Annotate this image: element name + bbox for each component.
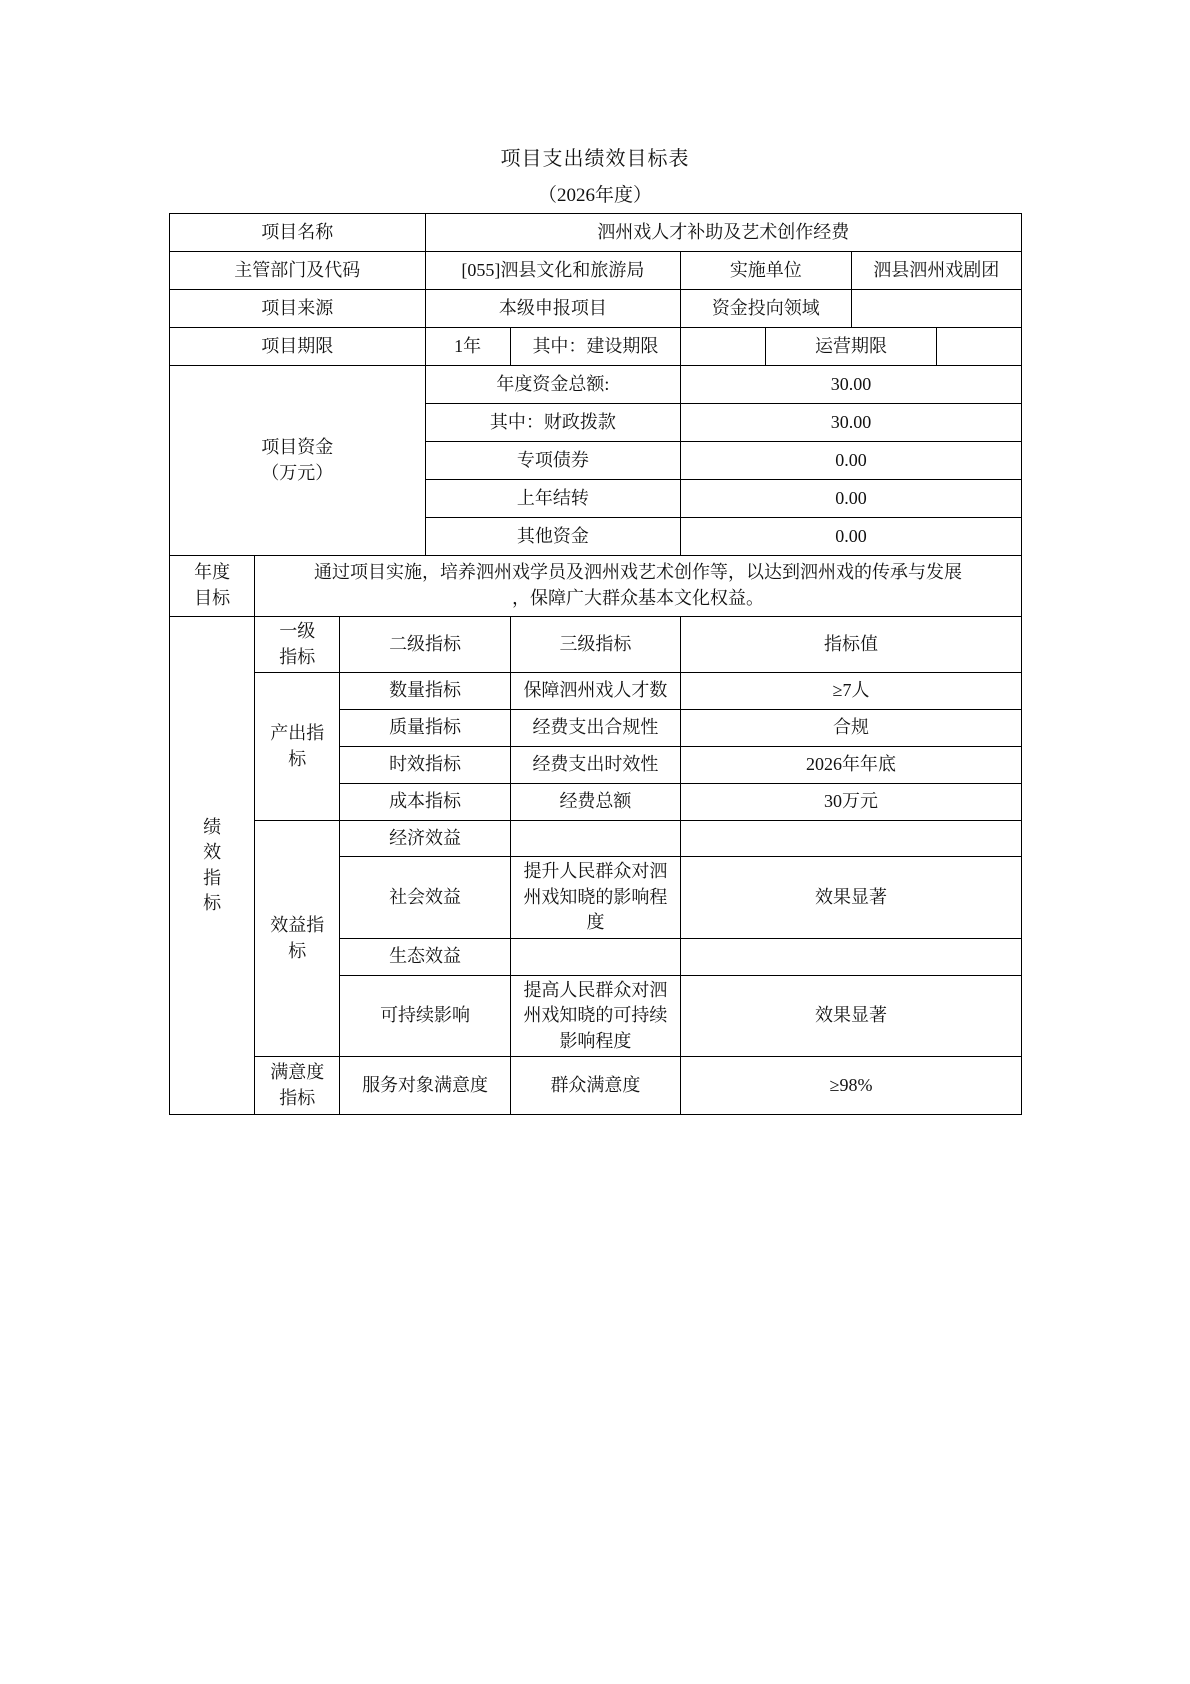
implement-unit-value: 泗县泗州戏剧团 [851,252,1021,290]
project-source-value: 本级申报项目 [425,290,681,328]
performance-label: 绩 效 指 标 [170,617,255,1115]
funding-area-label: 资金投向领域 [681,290,851,328]
construction-period-value [681,328,766,366]
indicator-level2: 数量指标 [340,673,510,710]
indicator-level2: 经济效益 [340,821,510,857]
indicator-level2: 社会效益 [340,857,510,939]
indicator-value: ≥98% [681,1057,1022,1115]
indicator-header-level2: 二级指标 [340,617,510,673]
fund-total-value: 30.00 [681,366,1022,404]
fund-carryover-value: 0.00 [681,480,1022,518]
indicator-header-value: 指标值 [681,617,1022,673]
indicator-value: 30万元 [681,784,1022,821]
indicator-level3: 保障泗州戏人才数 [510,673,680,710]
indicator-level3: 提高人民群众对泗 州戏知晓的可持续 影响程度 [510,975,680,1057]
project-period-label: 项目期限 [170,328,426,366]
indicator-level2: 生态效益 [340,938,510,975]
construction-period-label: 其中：建设期限 [510,328,680,366]
benefit-group-label: 效益指 标 [255,821,340,1057]
project-source-label: 项目来源 [170,290,426,328]
project-funds-label: 项目资金 （万元） [170,366,426,556]
indicator-level2: 时效指标 [340,747,510,784]
fund-total-label: 年度资金总额: [425,366,681,404]
fund-bond-value: 0.00 [681,442,1022,480]
department-value: [055]泗县文化和旅游局 [425,252,681,290]
fund-fiscal-label: 其中：财政拨款 [425,404,681,442]
indicator-header-level1: 一级 指标 [255,617,340,673]
fund-fiscal-value: 30.00 [681,404,1022,442]
annual-goal-text: 通过项目实施，培养泗州戏学员及泗州戏艺术创作等，以达到泗州戏的传承与发展 ，保障… [255,556,1022,617]
indicator-level2: 服务对象满意度 [340,1057,510,1115]
fund-other-label: 其他资金 [425,518,681,556]
fund-other-value: 0.00 [681,518,1022,556]
indicator-value [681,821,1022,857]
indicator-value: 效果显著 [681,857,1022,939]
indicator-level2: 成本指标 [340,784,510,821]
indicator-level2: 质量指标 [340,710,510,747]
indicator-level3: 提升人民群众对泗 州戏知晓的影响程 度 [510,857,680,939]
project-name-value: 泗州戏人才补助及艺术创作经费 [425,214,1021,252]
document-page: 项目支出绩效目标表 （2026年度） 项目名称 泗州戏人才补助及艺术创作经费 主… [169,0,1021,1115]
project-period-value: 1年 [425,328,510,366]
annual-goal-label: 年度 目标 [170,556,255,617]
indicator-level3: 经费支出合规性 [510,710,680,747]
indicator-value: ≥7人 [681,673,1022,710]
indicator-value: 合规 [681,710,1022,747]
page-subtitle: （2026年度） [169,184,1021,208]
indicator-level3: 经费总额 [510,784,680,821]
fund-carryover-label: 上年结转 [425,480,681,518]
indicator-header-level3: 三级指标 [510,617,680,673]
implement-unit-label: 实施单位 [681,252,851,290]
operation-period-label: 运营期限 [766,328,936,366]
satisfaction-group-label: 满意度 指标 [255,1057,340,1115]
performance-target-table: 项目名称 泗州戏人才补助及艺术创作经费 主管部门及代码 [055]泗县文化和旅游… [169,213,1022,1115]
page-title: 项目支出绩效目标表 [169,147,1021,171]
project-name-label: 项目名称 [170,214,426,252]
indicator-level3: 群众满意度 [510,1057,680,1115]
indicator-level3 [510,821,680,857]
indicator-level3: 经费支出时效性 [510,747,680,784]
indicator-value: 2026年年底 [681,747,1022,784]
indicator-level2: 可持续影响 [340,975,510,1057]
operation-period-value [936,328,1021,366]
department-label: 主管部门及代码 [170,252,426,290]
indicator-level3 [510,938,680,975]
fund-bond-label: 专项债券 [425,442,681,480]
indicator-value [681,938,1022,975]
output-group-label: 产出指 标 [255,673,340,821]
indicator-value: 效果显著 [681,975,1022,1057]
funding-area-value [851,290,1021,328]
